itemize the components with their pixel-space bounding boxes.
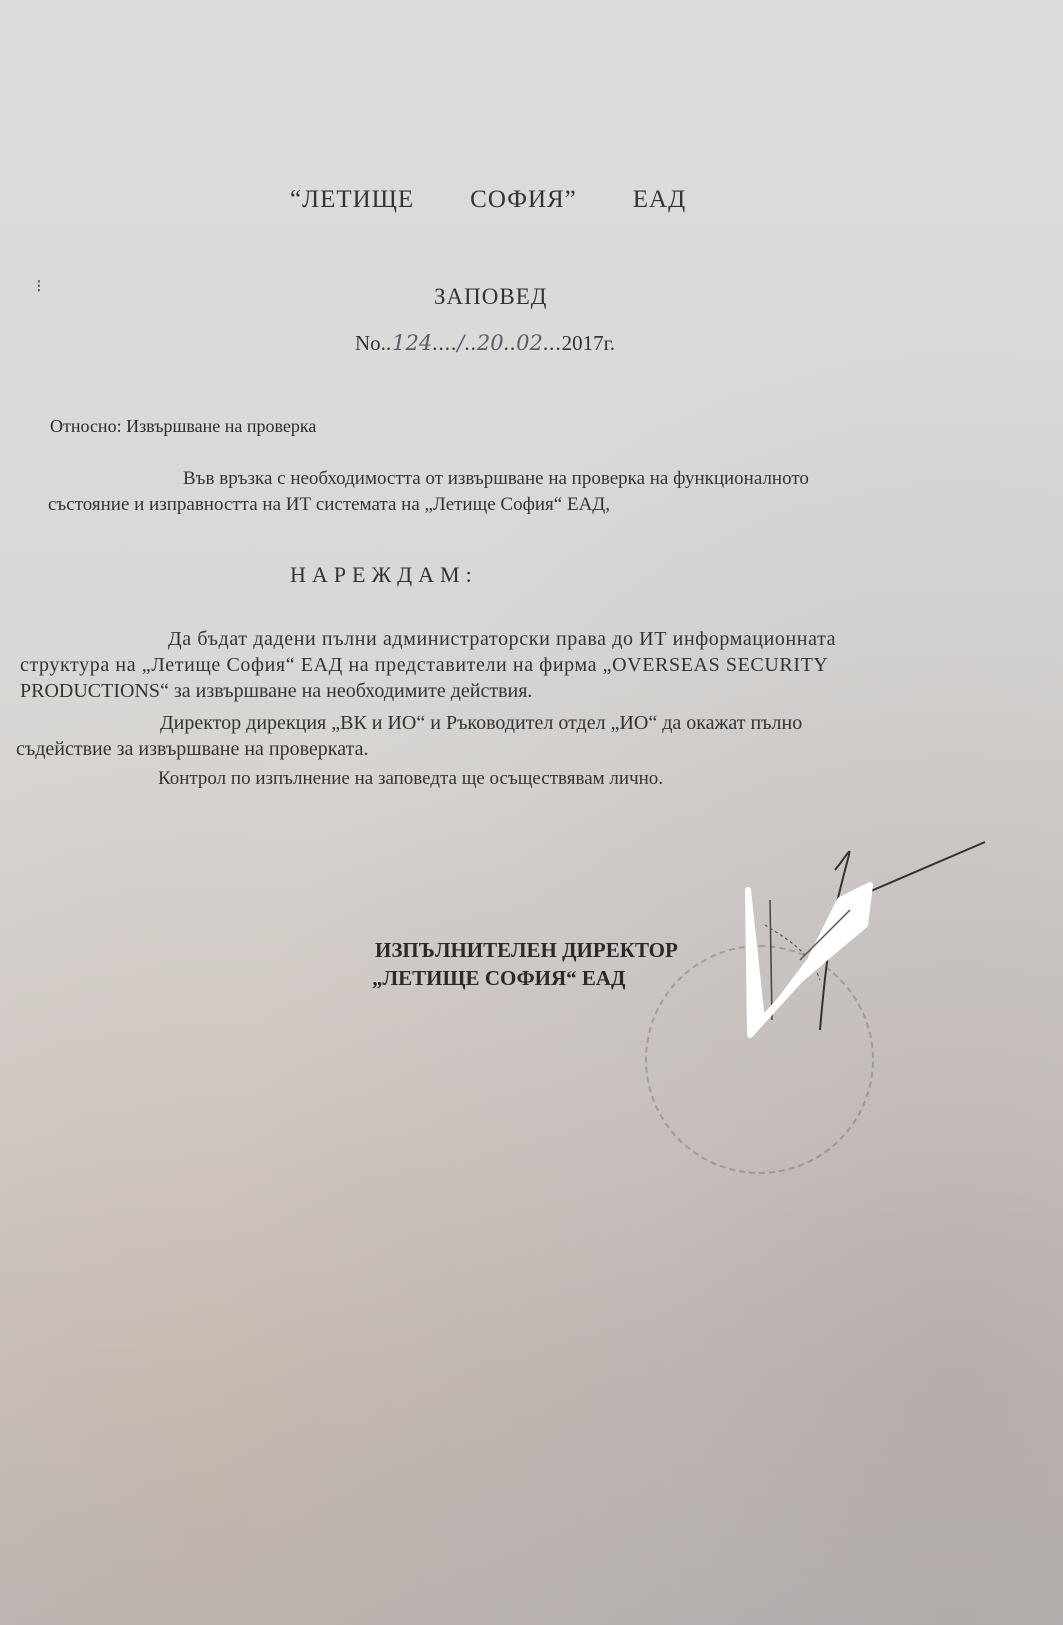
- number-prefix: No.: [355, 331, 386, 355]
- support-line-1: Директор дирекция „ВК и ИО“ и Ръководите…: [160, 712, 802, 735]
- handwritten-month: 02: [516, 331, 543, 355]
- rights-line-3: PRODUCTIONS“ за извършване на необходими…: [20, 680, 532, 703]
- order-number-line: No..124..../..20..02...2017г.: [355, 331, 615, 356]
- year: 2017г.: [562, 331, 616, 355]
- order-heading: НАРЕЖДАМ:: [290, 562, 478, 588]
- dots: ...: [543, 331, 562, 355]
- subject-line: Относно: Извършване на проверка: [50, 416, 316, 437]
- margin-mark: ⁝: [36, 276, 42, 297]
- dots: ....: [432, 331, 457, 355]
- control-line: Контрол по изпълнение на заповедта ще ос…: [158, 768, 663, 790]
- support-line-2: съдействие за извършване на проверката.: [16, 738, 368, 761]
- handwritten-day: 20: [477, 331, 504, 355]
- company-header-word2: СОФИЯ”: [470, 186, 577, 214]
- intro-line-2: състояние и изправността на ИТ системата…: [48, 494, 610, 516]
- dots: ..: [464, 331, 477, 355]
- company-header-word3: ЕАД: [633, 186, 686, 214]
- rights-line-1: Да бъдат дадени пълни администраторски п…: [168, 628, 836, 651]
- signature-icon: [740, 840, 1000, 1070]
- intro-line-1: Във връзка с необходимостта от извършван…: [183, 468, 809, 490]
- document-title: ЗАПОВЕД: [434, 284, 547, 310]
- company-header-word1: ЛЕТИЩЕ: [302, 186, 414, 214]
- company-header: “ЛЕТИЩЕСОФИЯ”ЕАД: [290, 186, 686, 214]
- signatory-company: „ЛЕТИЩЕ СОФИЯ“ ЕАД: [372, 966, 625, 991]
- dots: ..: [504, 331, 517, 355]
- handwritten-number: 124: [392, 331, 432, 355]
- paper-shading: [0, 0, 1063, 1625]
- rights-line-2: структура на „Летище София“ ЕАД на предс…: [20, 654, 828, 677]
- signatory-title: ИЗПЪЛНИТЕЛЕН ДИРЕКТОР: [375, 938, 678, 963]
- company-header-quote: “: [290, 186, 302, 214]
